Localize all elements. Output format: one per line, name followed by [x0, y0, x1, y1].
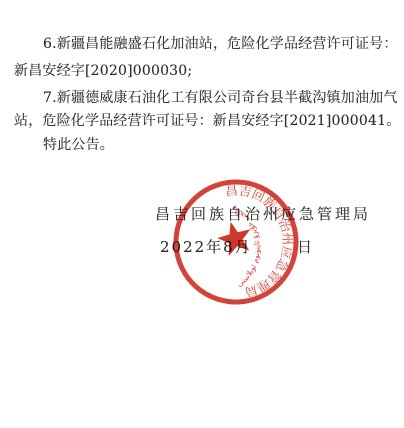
notice-item7-line2: 站，危险化学品经营许可证号：新昌安经字[2021]000041。	[14, 110, 400, 130]
scanned-notice-page: { "page": { "background": "#ffffff", "te…	[0, 0, 404, 428]
notice-item6-line2: 新昌安经字[2020]000030;	[14, 60, 192, 80]
signing-organization: 昌吉回族自治州应急管理局	[155, 203, 371, 224]
signature-date-day-suffix: 日	[297, 236, 312, 257]
notice-closing-line: 特此公告。	[43, 134, 114, 154]
notice-item7-line1: 7.新疆德威康石油化工有限公司奇台县半截沟镇加油加气	[43, 87, 398, 107]
seal-ring-text-chinese: 昌吉回族自治州应急管理局	[216, 169, 308, 300]
signature-date-year-month: 2022年8月	[160, 236, 252, 257]
notice-item6-line1: 6.新疆昌能融盛石化加油站，危险化学品经营许可证号：	[43, 33, 398, 53]
